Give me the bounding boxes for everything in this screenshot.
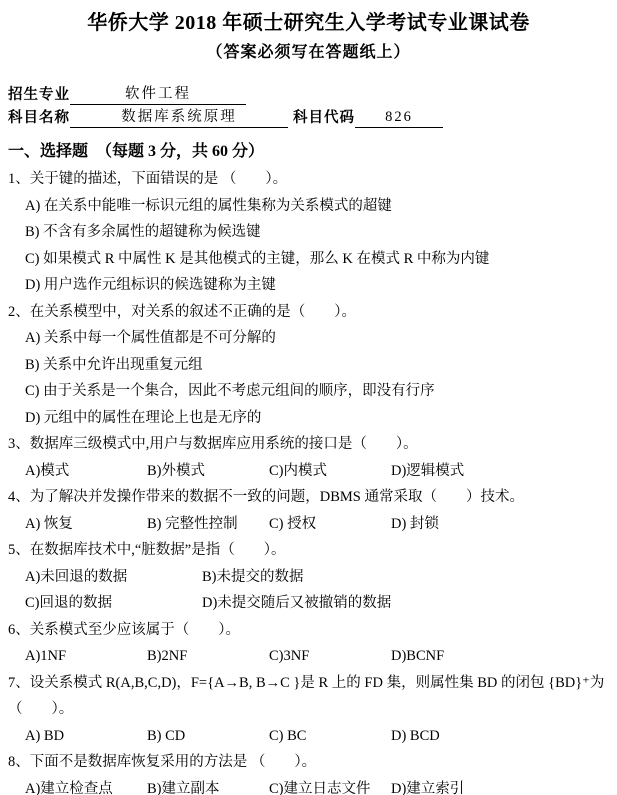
question-6-options: A)1NF B)2NF C)3NF D)BCNF [8,643,609,670]
question-7: 7、设关系模式 R(A,B,C,D)，F={A→B, B→C }是 R 上的 F… [8,670,609,750]
paper-title: 华侨大学 2018 年硕士研究生入学考试专业课试卷 [8,10,609,36]
question-5-stem: 5、在数据库技术中,“脏数据”是指（ ）。 [8,537,609,564]
question-6-option-a: A)1NF [25,643,147,670]
major-label: 招生专业 [8,85,70,105]
header-form: 招生专业 软件工程 科目名称 数据库系统原理 科目代码 826 [8,84,609,128]
exam-paper: 华侨大学 2018 年硕士研究生入学考试专业课试卷 （答案必须写在答题纸上） 招… [0,0,617,795]
subject-value: 数据库系统原理 [70,107,288,128]
question-4-stem: 4、为了解决并发操作带来的数据不一致的问题，DBMS 通常采取（ ）技术。 [8,484,609,511]
question-5-option-b: B)未提交的数据 [202,564,609,591]
question-3-option-d: D)逻辑模式 [391,458,464,485]
question-8-option-d: D)建立索引 [391,776,464,795]
question-2-options: A) 关系中每一个属性值都是不可分解的 B) 关系中允许出现重复元组 C) 由于… [8,325,609,431]
question-5-options: A)未回退的数据 B)未提交的数据 C)回退的数据 D)未提交随后又被撤销的数据 [8,564,609,617]
question-8-option-c: C)建立日志文件 [269,776,391,795]
question-4-option-b: B) 完整性控制 [147,511,269,538]
subject-code-label: 科目代码 [293,108,355,128]
question-2: 2、在关系模型中，对关系的叙述不正确的是（ ）。 A) 关系中每一个属性值都是不… [8,299,609,432]
subject-row: 科目名称 数据库系统原理 科目代码 826 [8,107,609,128]
question-2-option-d: D) 元组中的属性在理论上也是无序的 [25,405,609,432]
question-4-option-a: A) 恢复 [25,511,147,538]
question-4: 4、为了解决并发操作带来的数据不一致的问题，DBMS 通常采取（ ）技术。 A)… [8,484,609,537]
question-6-option-b: B)2NF [147,643,269,670]
question-1-option-c: C) 如果模式 R 中属性 K 是其他模式的主键，那么 K 在模式 R 中称为内… [25,246,609,273]
question-4-option-c: C) 授权 [269,511,391,538]
question-3-option-c: C)内模式 [269,458,391,485]
question-8-stem: 8、下面不是数据库恢复采用的方法是 （ ）。 [8,749,609,776]
question-3-option-b: B)外模式 [147,458,269,485]
question-4-options: A) 恢复 B) 完整性控制 C) 授权 D) 封锁 [8,511,609,538]
question-3-option-a: A)模式 [25,458,147,485]
major-value: 软件工程 [70,84,246,105]
question-1: 1、关于键的描述，下面错误的是 （ ）。 A) 在关系中能唯一标识元组的属性集称… [8,166,609,299]
question-7-stem: 7、设关系模式 R(A,B,C,D)，F={A→B, B→C }是 R 上的 F… [8,670,609,723]
question-6-option-c: C)3NF [269,643,391,670]
question-1-option-a: A) 在关系中能唯一标识元组的属性集称为关系模式的超键 [25,193,609,220]
question-1-options: A) 在关系中能唯一标识元组的属性集称为关系模式的超键 B) 不含有多余属性的超… [8,193,609,299]
question-8-option-a: A)建立检查点 [25,776,147,795]
question-6-stem: 6、关系模式至少应该属于（ ）。 [8,617,609,644]
question-2-stem: 2、在关系模型中，对关系的叙述不正确的是（ ）。 [8,299,609,326]
question-5-option-a: A)未回退的数据 [25,564,202,591]
question-2-option-a: A) 关系中每一个属性值都是不可分解的 [25,325,609,352]
subject-code-value: 826 [355,107,443,128]
question-3-stem: 3、数据库三级模式中,用户与数据库应用系统的接口是（ ）。 [8,431,609,458]
question-7-options: A) BD B) CD C) BC D) BCD [8,723,609,750]
question-7-option-b: B) CD [147,723,269,750]
question-1-stem: 1、关于键的描述，下面错误的是 （ ）。 [8,166,609,193]
question-6-option-d: D)BCNF [391,643,444,670]
question-6: 6、关系模式至少应该属于（ ）。 A)1NF B)2NF C)3NF D)BCN… [8,617,609,670]
question-7-option-c: C) BC [269,723,391,750]
question-8-option-b: B)建立副本 [147,776,269,795]
question-5-option-d: D)未提交随后又被撤销的数据 [202,590,609,617]
question-2-option-c: C) 由于关系是一个集合，因此不考虑元组间的顺序，即没有行序 [25,378,609,405]
question-1-option-b: B) 不含有多余属性的超键称为候选键 [25,219,609,246]
question-4-option-d: D) 封锁 [391,511,439,538]
paper-subtitle: （答案必须写在答题纸上） [8,42,609,64]
subject-label: 科目名称 [8,108,70,128]
major-row: 招生专业 软件工程 [8,84,609,105]
question-8: 8、下面不是数据库恢复采用的方法是 （ ）。 A)建立检查点 B)建立副本 C)… [8,749,609,795]
section-heading: 一、选择题 （每题 3 分，共 60 分） [8,140,609,164]
question-2-option-b: B) 关系中允许出现重复元组 [25,352,609,379]
question-8-options: A)建立检查点 B)建立副本 C)建立日志文件 D)建立索引 [8,776,609,795]
question-5-option-c: C)回退的数据 [25,590,202,617]
question-1-option-d: D) 用户选作元组标识的候选键称为主键 [25,272,609,299]
question-3: 3、数据库三级模式中,用户与数据库应用系统的接口是（ ）。 A)模式 B)外模式… [8,431,609,484]
question-7-option-d: D) BCD [391,723,440,750]
question-7-option-a: A) BD [25,723,147,750]
question-5: 5、在数据库技术中,“脏数据”是指（ ）。 A)未回退的数据 B)未提交的数据 … [8,537,609,617]
question-3-options: A)模式 B)外模式 C)内模式 D)逻辑模式 [8,458,609,485]
